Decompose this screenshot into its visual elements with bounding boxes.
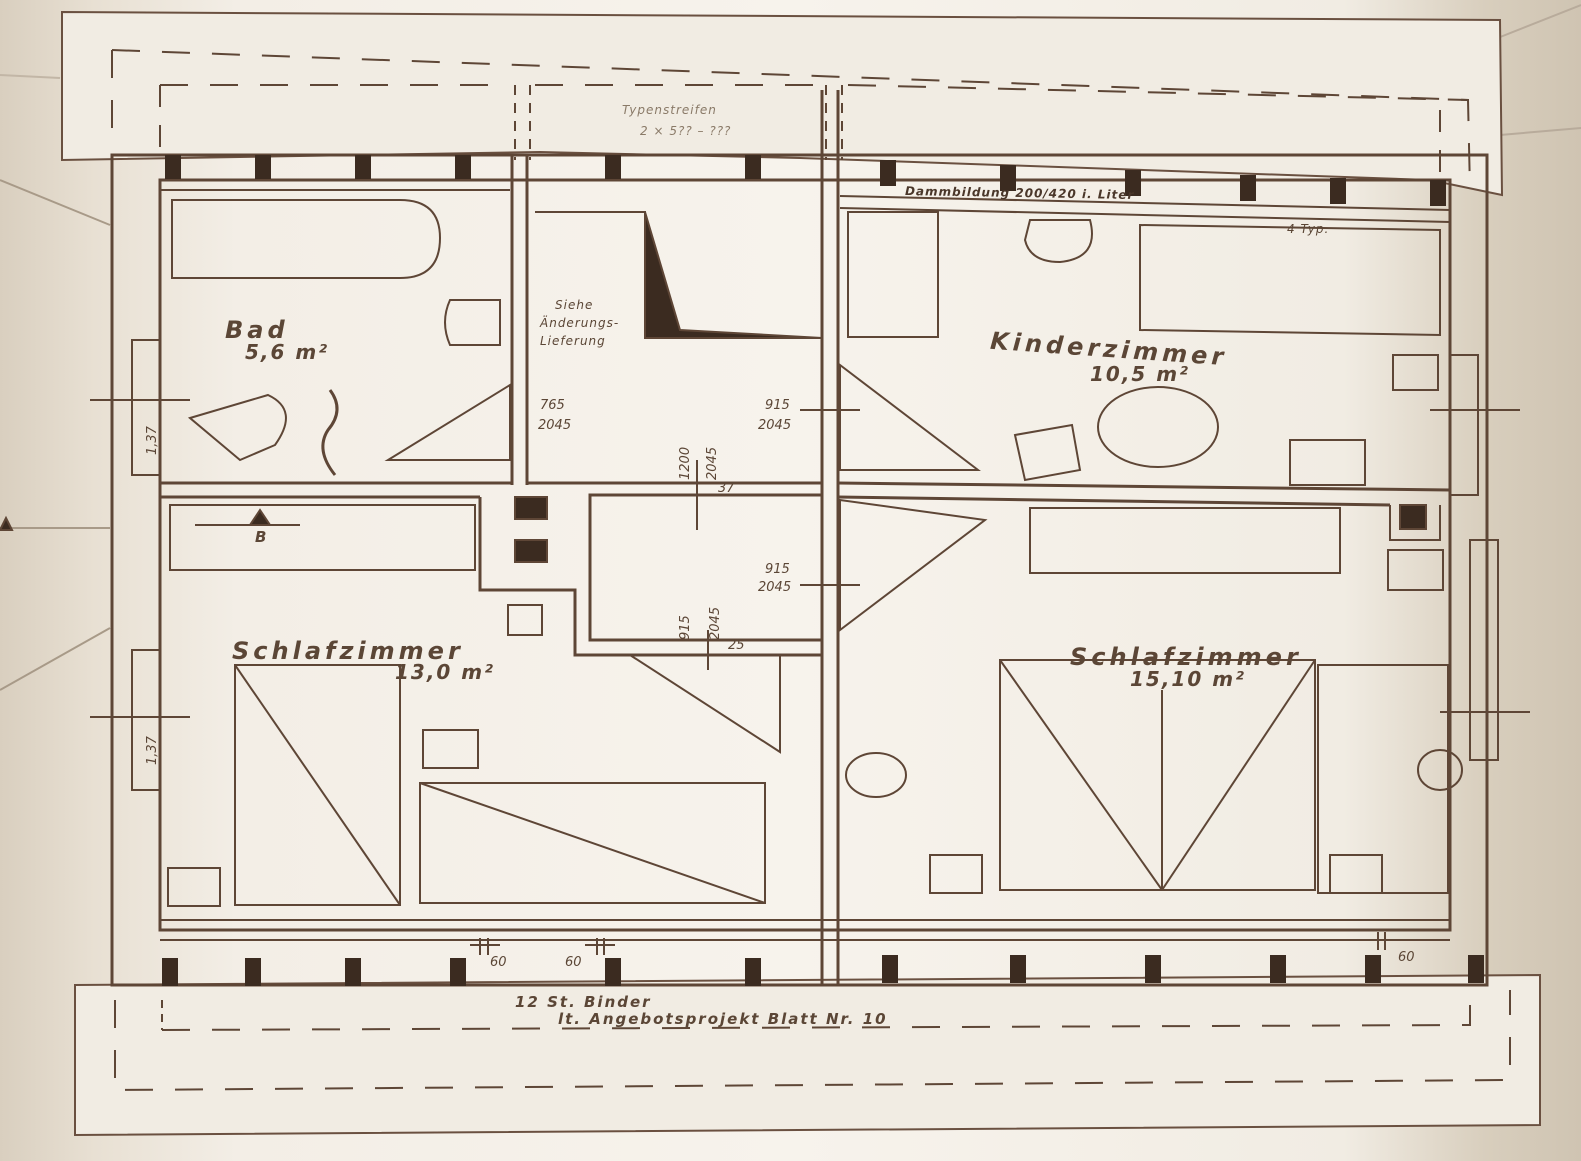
dim-door-bad-width: 765: [540, 398, 565, 413]
dim-door-kinder-width: 915: [765, 398, 790, 413]
dim-door-center-b-height: 2045: [708, 607, 723, 640]
dim-door-center-v-height: 2045: [705, 447, 720, 480]
dim-wall-left-top: 1,37: [145, 426, 160, 455]
stair-note-1: Siehe: [555, 298, 593, 312]
note-top-center-1: Typenstreifen: [622, 103, 717, 117]
dim-door-center-v-width: 1200: [678, 447, 693, 480]
dim-mark-bottom-3: 60: [1398, 950, 1415, 965]
dim-mark-bottom-2: 60: [565, 955, 582, 970]
stair-note-3: Lieferung: [540, 334, 606, 348]
room-area-kinderzimmer: 10,5 m²: [1090, 362, 1190, 386]
room-area-bad: 5,6 m²: [245, 340, 329, 364]
dim-door-center-b-width: 915: [678, 615, 693, 640]
dim-small-top: 37: [718, 481, 735, 496]
room-area-schlafzimmer-right: 15,10 m²: [1130, 667, 1246, 691]
dim-wall-left-bottom: 1,37: [145, 736, 160, 765]
room-area-schlafzimmer-left: 13,0 m²: [395, 660, 495, 684]
dim-door-bad-height: 2045: [538, 418, 571, 433]
dim-mark-bottom-1: 60: [490, 955, 507, 970]
note-bottom-2: lt. Angebotsprojekt Blatt Nr. 10: [558, 1010, 888, 1028]
stair-note-2: Änderungs-: [540, 316, 619, 330]
dim-door-center-r-height: 2045: [758, 580, 791, 595]
dim-door-center-r-width: 915: [765, 562, 790, 577]
note-top-center-2: 2 × 5?? – ???: [640, 124, 731, 138]
section-marker: B: [255, 528, 268, 546]
note-bottom-1: 12 St. Binder: [515, 993, 652, 1011]
dim-small-bottom: 25: [728, 638, 745, 653]
note-top-right-sub: 4 Typ.: [1287, 222, 1329, 236]
dim-door-kinder-height: 2045: [758, 418, 791, 433]
